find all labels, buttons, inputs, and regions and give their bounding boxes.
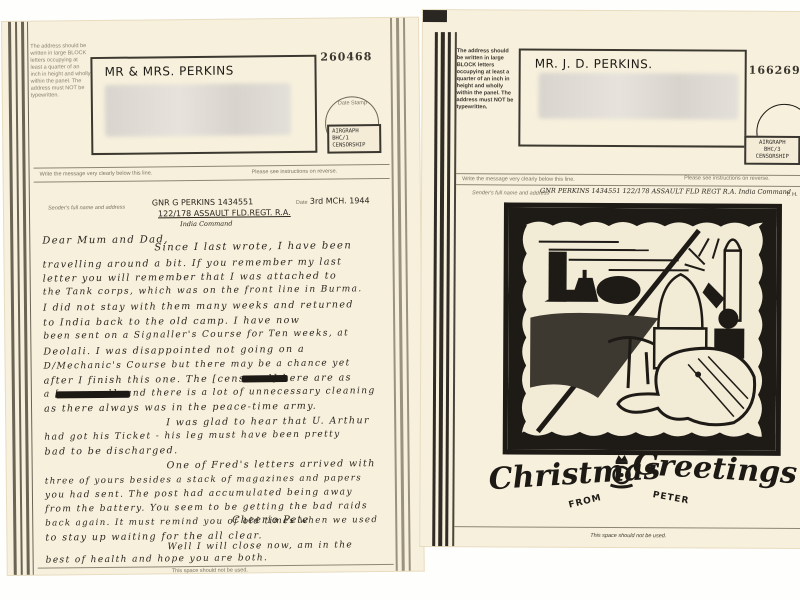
christmas-card-illustration (503, 202, 782, 455)
letter-line: D/Mechanic's Course but there may be a c… (44, 358, 351, 371)
letter-line: three of yours besides a stack of magazi… (45, 473, 362, 486)
letter-line: the Tank corps, which was on the front l… (43, 284, 363, 297)
footer-rule (454, 526, 800, 529)
letter-line: One of Fred's letters arrived with (167, 458, 376, 471)
from-name: PETER (652, 490, 690, 506)
letter-line: back again. It must remind you of old ti… (45, 515, 378, 528)
censor-redaction-2 (56, 391, 130, 399)
letter-line: as there always was in the peace-time ar… (44, 401, 317, 415)
letter-line: been sent on a Signaller's Course for Te… (43, 328, 349, 341)
letter-line: Well I will close now, am in the (167, 540, 353, 552)
left-margin-bars (430, 32, 459, 546)
message-instruction-right: Please see instructions on reverse. (252, 168, 338, 175)
censorship-stamp: AIRGRAPH BHC/3 CENSORSHIP (744, 136, 800, 165)
sender-label: Sender's full name and address (472, 190, 549, 196)
message-instruction-left: Write the message very clearly below thi… (462, 176, 575, 183)
airgraph-sheet-left: The address should be written in large B… (2, 18, 424, 575)
corner-note: 7. H. (786, 192, 798, 198)
message-rule-bottom (34, 178, 390, 183)
left-margin-bars (6, 22, 38, 575)
sender-label: Sender's full name and address (48, 205, 125, 212)
address-instructions: The address should be written in large B… (456, 48, 514, 111)
footer-note: This space should not be used. (590, 533, 666, 539)
sender-line-1: GNR G PERKINS 1434551 (152, 197, 253, 207)
letter-line: I was glad to hear that U. Arthur (166, 415, 370, 428)
date-label: Date (296, 200, 308, 206)
letter-salutation: Dear Mum and Dad, (42, 234, 169, 246)
address-panel: MR & MRS. PERKINS (90, 55, 317, 155)
letter-line: letter you will remember that I was atta… (43, 271, 338, 285)
letter-line: from the battery. You seem to be getting… (45, 501, 368, 514)
letter-line: after I finish this one. The [censored] … (44, 372, 352, 386)
message-instruction-right: Please see instructions on reverse. (684, 175, 770, 181)
letter-line: I did not stay with them many weeks and … (43, 299, 354, 313)
letter-date: 3rd MCH. 1944 (310, 196, 370, 206)
sender-address: GNR PERKINS 1434551 122/178 ASSAULT FLD … (540, 187, 791, 196)
redacted-address (105, 83, 292, 137)
airgraph-sheet-right: The address should be written in large B… (420, 10, 800, 548)
recipient-name: MR & MRS. PERKINS (104, 64, 233, 79)
sender-line-3: India Command (180, 220, 232, 229)
royal-artillery-badge-icon (608, 453, 634, 489)
letter-line: Deolali. I was disappointed not going on… (43, 344, 305, 358)
holly-woodcut-icon (508, 207, 777, 450)
letter-line: best of health and hope you are both. (46, 553, 269, 565)
censorship-stamp: AIRGRAPH BHC/1 CENSORSHIP (327, 124, 381, 154)
letter-signoff: Cheerio Pete (232, 515, 309, 526)
letter-line: travelling around a bit. If you remember… (42, 256, 342, 270)
censor-redaction-1 (242, 375, 288, 382)
recipient-name: MR. J. D. PERKINS. (535, 57, 653, 72)
serial-number: 260468 (320, 50, 372, 64)
serial-number: 166269 (749, 64, 800, 77)
footer-note: This space should not be used. (172, 567, 248, 574)
letter-line: you had sent. The post had accumulated b… (45, 487, 353, 500)
redacted-address (538, 73, 738, 120)
message-instruction-left: Write the message very clearly below thi… (40, 170, 153, 177)
letter-line: had got his Ticket - his leg must have b… (44, 429, 340, 442)
right-margin-bars (388, 18, 420, 571)
letter-line: Since I last wrote, I have been (154, 240, 352, 253)
from-label: FROM (568, 493, 603, 511)
letter-line: to India back to the old camp. I have no… (43, 315, 300, 329)
letter-line: bad to be discharged. (44, 445, 178, 457)
address-instructions: The address should be written in large B… (30, 43, 91, 100)
corner-mark (423, 10, 447, 22)
sender-line-2: 122/178 ASSAULT FLD.REGT. R.A. (158, 208, 291, 218)
address-panel: MR. J. D. PERKINS. (518, 49, 747, 148)
